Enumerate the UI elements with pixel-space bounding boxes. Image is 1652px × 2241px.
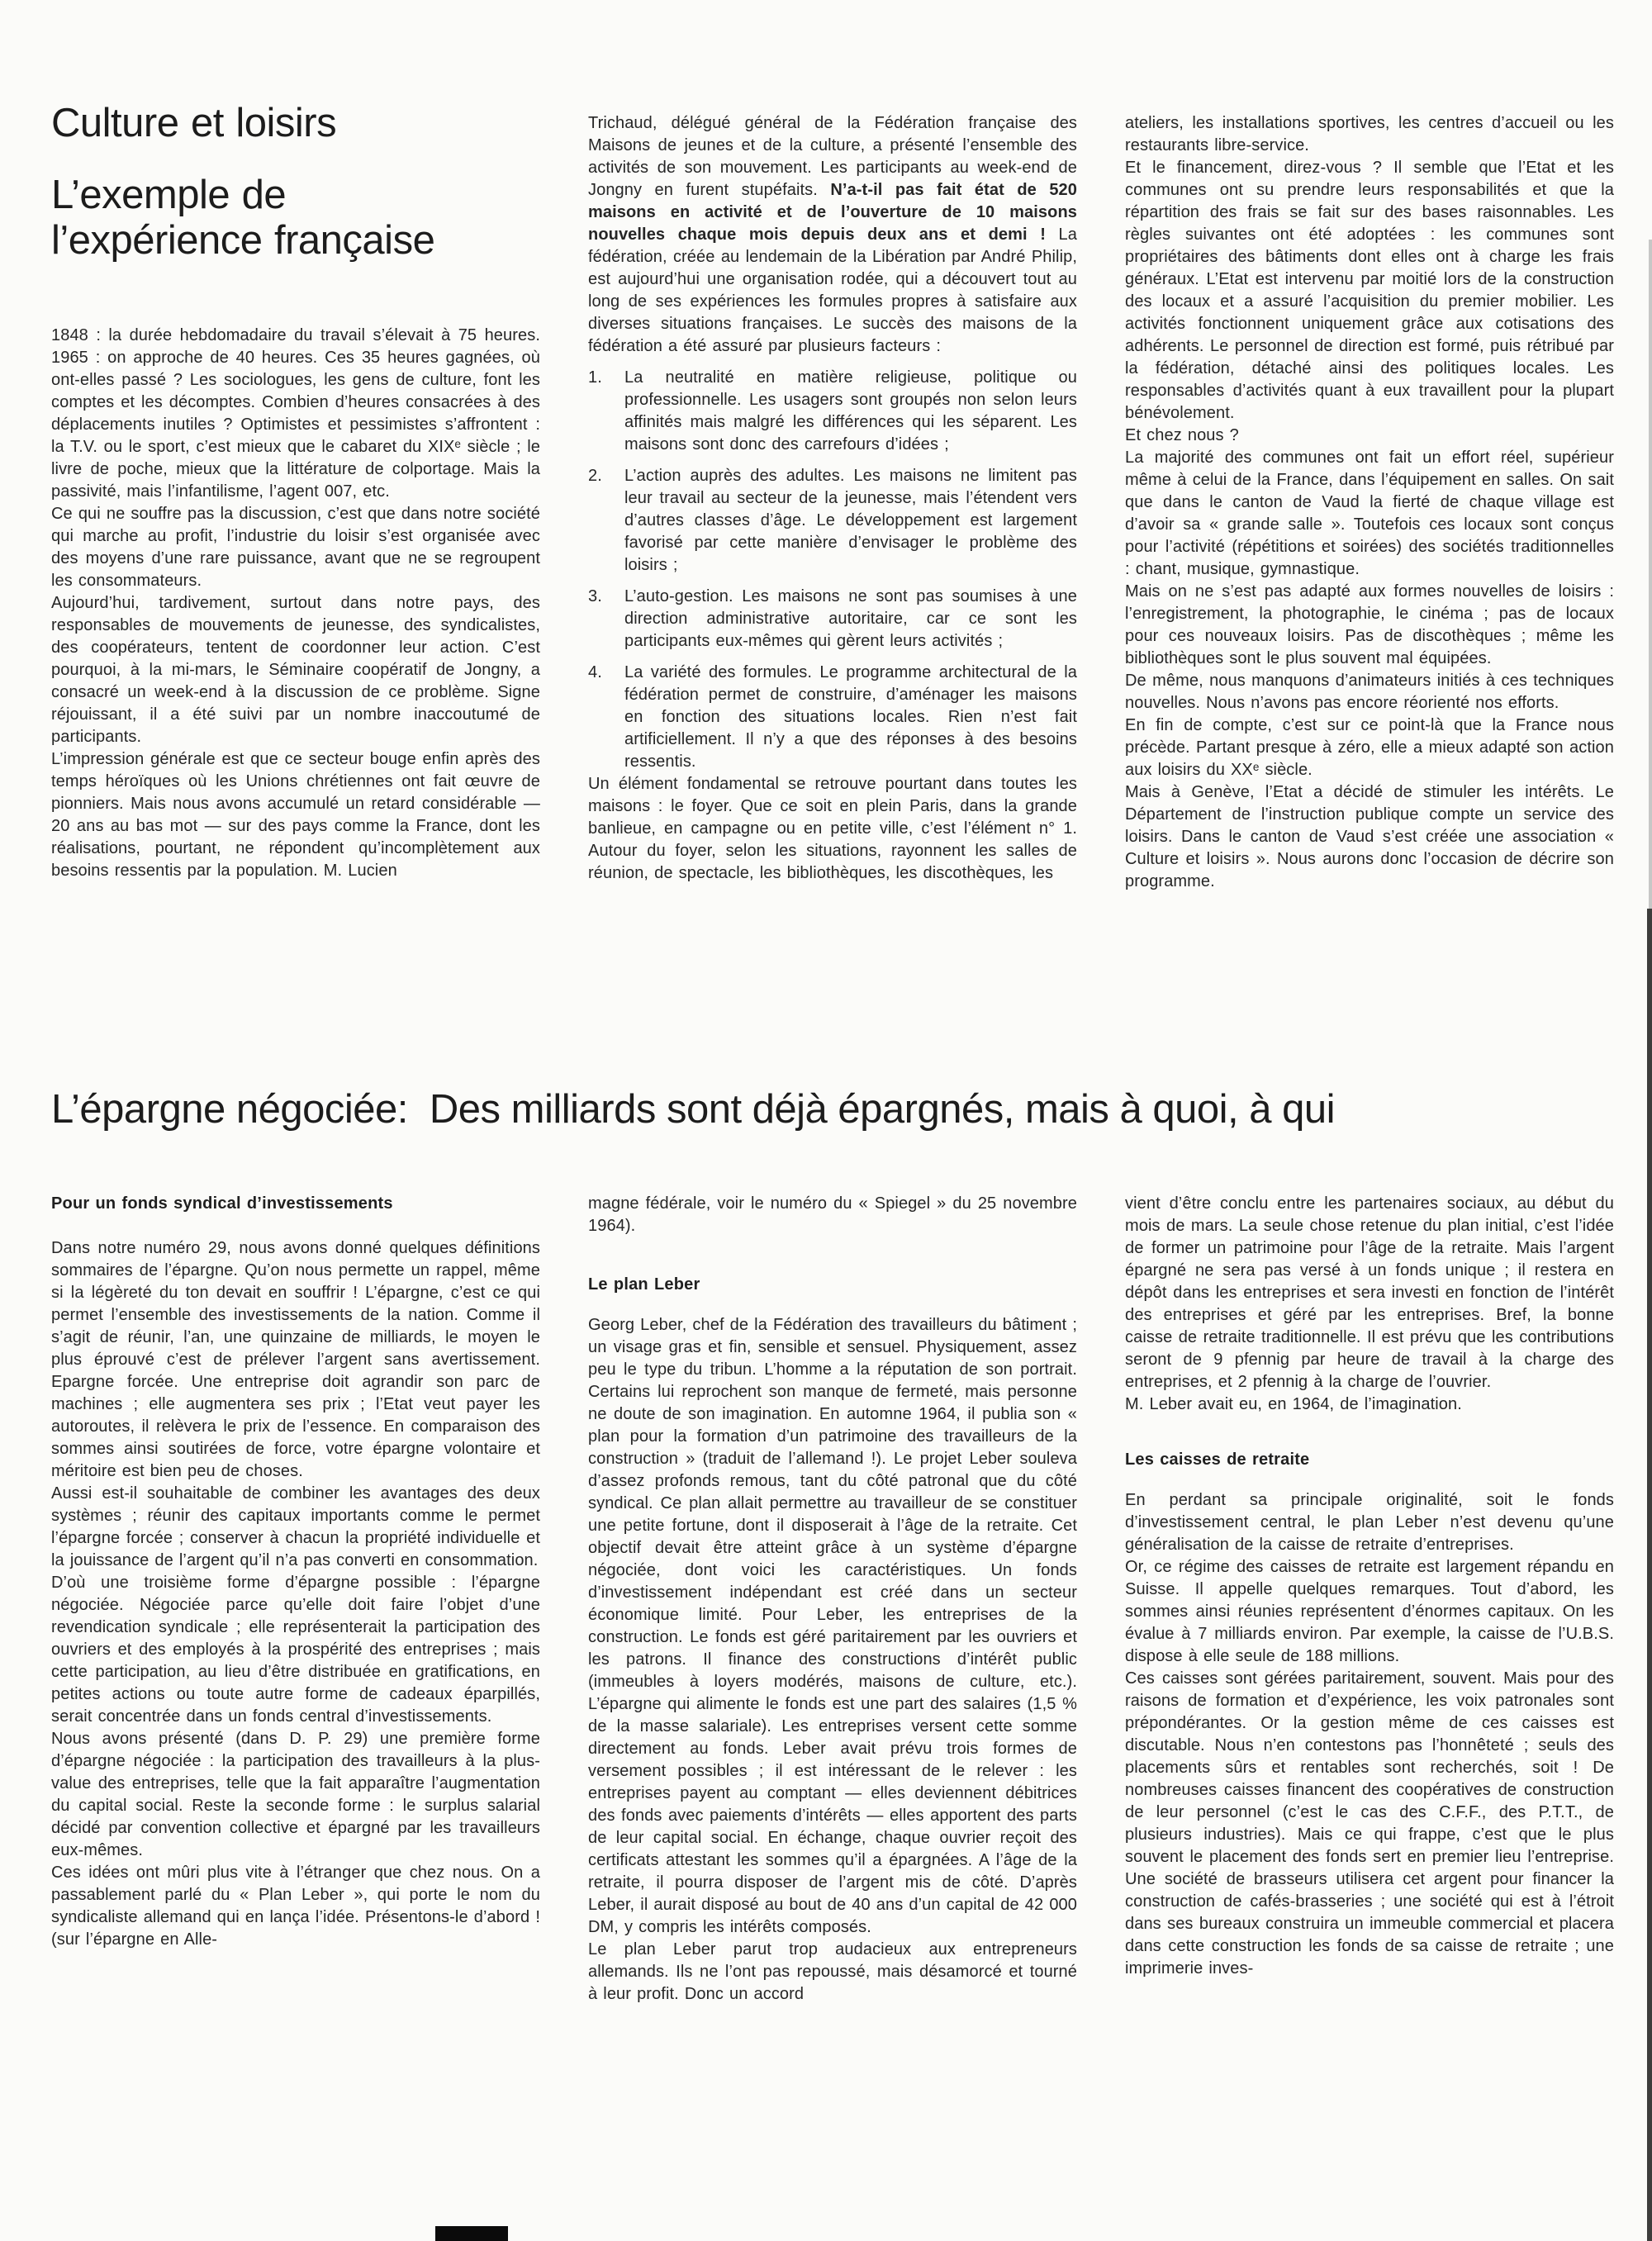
- list-item-number: 4.: [588, 662, 624, 773]
- article1-col1-paragraph: L’impression générale est que ce secteur…: [51, 748, 540, 882]
- article2-col1-paragraph: Ces idées ont mûri plus vite à l’étrange…: [51, 1862, 540, 1951]
- list-item: 1. La neutralité en matière religieuse, …: [588, 367, 1077, 456]
- article2-headline-lead: L’épargne négociée:: [51, 1087, 408, 1132]
- article2-col3-paragraph: Or, ce régime des caisses de retraite es…: [1125, 1556, 1614, 1668]
- article1-col3-paragraph: Mais on ne s’est pas adapté aux formes n…: [1125, 581, 1614, 670]
- page: { "page": { "background": "#fbfbf9", "in…: [0, 0, 1652, 2241]
- list-item-number: 3.: [588, 586, 624, 653]
- article1-col3-paragraph: Et chez nous ?: [1125, 425, 1614, 447]
- article2-column-1: Pour un fonds syndical d’investissements…: [51, 1193, 540, 1951]
- list-item-text: L’action auprès des adultes. Les maisons…: [624, 465, 1077, 577]
- article1-col1-paragraph: Aujourd’hui, tardivement, surtout dans n…: [51, 592, 540, 748]
- article2-col3-paragraph: vient d’être conclu entre les partenaire…: [1125, 1193, 1614, 1394]
- article1-column-3: ateliers, les installations sportives, l…: [1125, 112, 1614, 893]
- article1-col3-paragraph: La majorité des communes ont fait un eff…: [1125, 447, 1614, 581]
- article2-headline: L’épargne négociée:Des milliards sont dé…: [51, 1087, 1645, 1132]
- article2-col1-paragraph: Nous avons présenté (dans D. P. 29) une …: [51, 1728, 540, 1862]
- article2-col1-paragraph: Aussi est-il souhaitable de combiner les…: [51, 1483, 540, 1572]
- scan-artifact-binding-mark: [435, 2226, 508, 2241]
- article2-headline-rest: Des milliards sont déjà épargnés, mais à…: [430, 1087, 1335, 1132]
- list-item-text: La neutralité en matière religieuse, pol…: [624, 367, 1077, 456]
- list-item: 3. L’auto-gestion. Les maisons ne sont p…: [588, 586, 1077, 653]
- article1-column-1: Culture et loisirs L’exemple de l’expéri…: [51, 101, 540, 882]
- article2-col2-paragraph: Le plan Leber parut trop audacieux aux e…: [588, 1939, 1077, 2006]
- list-item: 2. L’action auprès des adultes. Les mais…: [588, 465, 1077, 577]
- list-item-text: L’auto-gestion. Les maisons ne sont pas …: [624, 586, 1077, 653]
- article2-col3-paragraph: Ces caisses sont gérées paritairement, s…: [1125, 1668, 1614, 1980]
- article2-col3-paragraph: M. Leber avait eu, en 1964, de l’imagina…: [1125, 1394, 1614, 1416]
- article2-subhead-plan-leber: Le plan Leber: [588, 1274, 1077, 1296]
- scan-artifact-right-edge-faint: [1649, 240, 1652, 909]
- article2-column-3: vient d’être conclu entre les partenaire…: [1125, 1193, 1614, 1980]
- list-item-number: 2.: [588, 465, 624, 577]
- article2-col1-paragraph: Dans notre numéro 29, nous avons donné q…: [51, 1237, 540, 1483]
- article1-col2-paragraph: Un élément fondamental se retrouve pourt…: [588, 773, 1077, 885]
- article1-col1-paragraph: 1848 : la durée hebdomadaire du travail …: [51, 325, 540, 503]
- article1-column-2: Trichaud, délégué général de la Fédérati…: [588, 112, 1077, 885]
- article2-col2-paragraph: magne fédérale, voir le numéro du « Spie…: [588, 1193, 1077, 1237]
- numbered-list: 1. La neutralité en matière religieuse, …: [588, 367, 1077, 773]
- article1-kicker: Culture et loisirs: [51, 101, 540, 146]
- article2-subhead-fonds-syndical: Pour un fonds syndical d’investissements: [51, 1193, 540, 1215]
- article1-col3-paragraph: Et le financement, direz-vous ? Il sembl…: [1125, 157, 1614, 425]
- list-item-number: 1.: [588, 367, 624, 456]
- article1-col1-paragraph: Ce qui ne souffre pas la discussion, c’e…: [51, 503, 540, 592]
- article1-title-line2: l’expérience française: [51, 218, 540, 264]
- list-item: 4. La variété des formules. Le programme…: [588, 662, 1077, 773]
- article1-title-line1: L’exemple de: [51, 173, 540, 218]
- article2-subhead-caisses-retraite: Les caisses de retraite: [1125, 1449, 1614, 1471]
- article2-col3-paragraph: En perdant sa principale originalité, so…: [1125, 1489, 1614, 1556]
- article2-col2-paragraph: Georg Leber, chef de la Fédération des t…: [588, 1314, 1077, 1939]
- article1-col3-paragraph: De même, nous manquons d’animateurs init…: [1125, 670, 1614, 715]
- article1-col3-paragraph: ateliers, les installations sportives, l…: [1125, 112, 1614, 157]
- article1-col3-paragraph: Mais à Genève, l’Etat a décidé de stimul…: [1125, 781, 1614, 893]
- article2-col1-paragraph: D’où une troisième forme d’épargne possi…: [51, 1572, 540, 1728]
- article1-col2-paragraph: Trichaud, délégué général de la Fédérati…: [588, 112, 1077, 358]
- list-item-text: La variété des formules. Le programme ar…: [624, 662, 1077, 773]
- scan-artifact-right-edge-dark: [1647, 909, 1652, 2241]
- article1-title: L’exemple de l’expérience française: [51, 173, 540, 264]
- article1-col3-paragraph: En fin de compte, c’est sur ce point-là …: [1125, 715, 1614, 781]
- article2-column-2: magne fédérale, voir le numéro du « Spie…: [588, 1193, 1077, 2006]
- paragraph-tail: La fédération, créée au lendemain de la …: [588, 226, 1077, 355]
